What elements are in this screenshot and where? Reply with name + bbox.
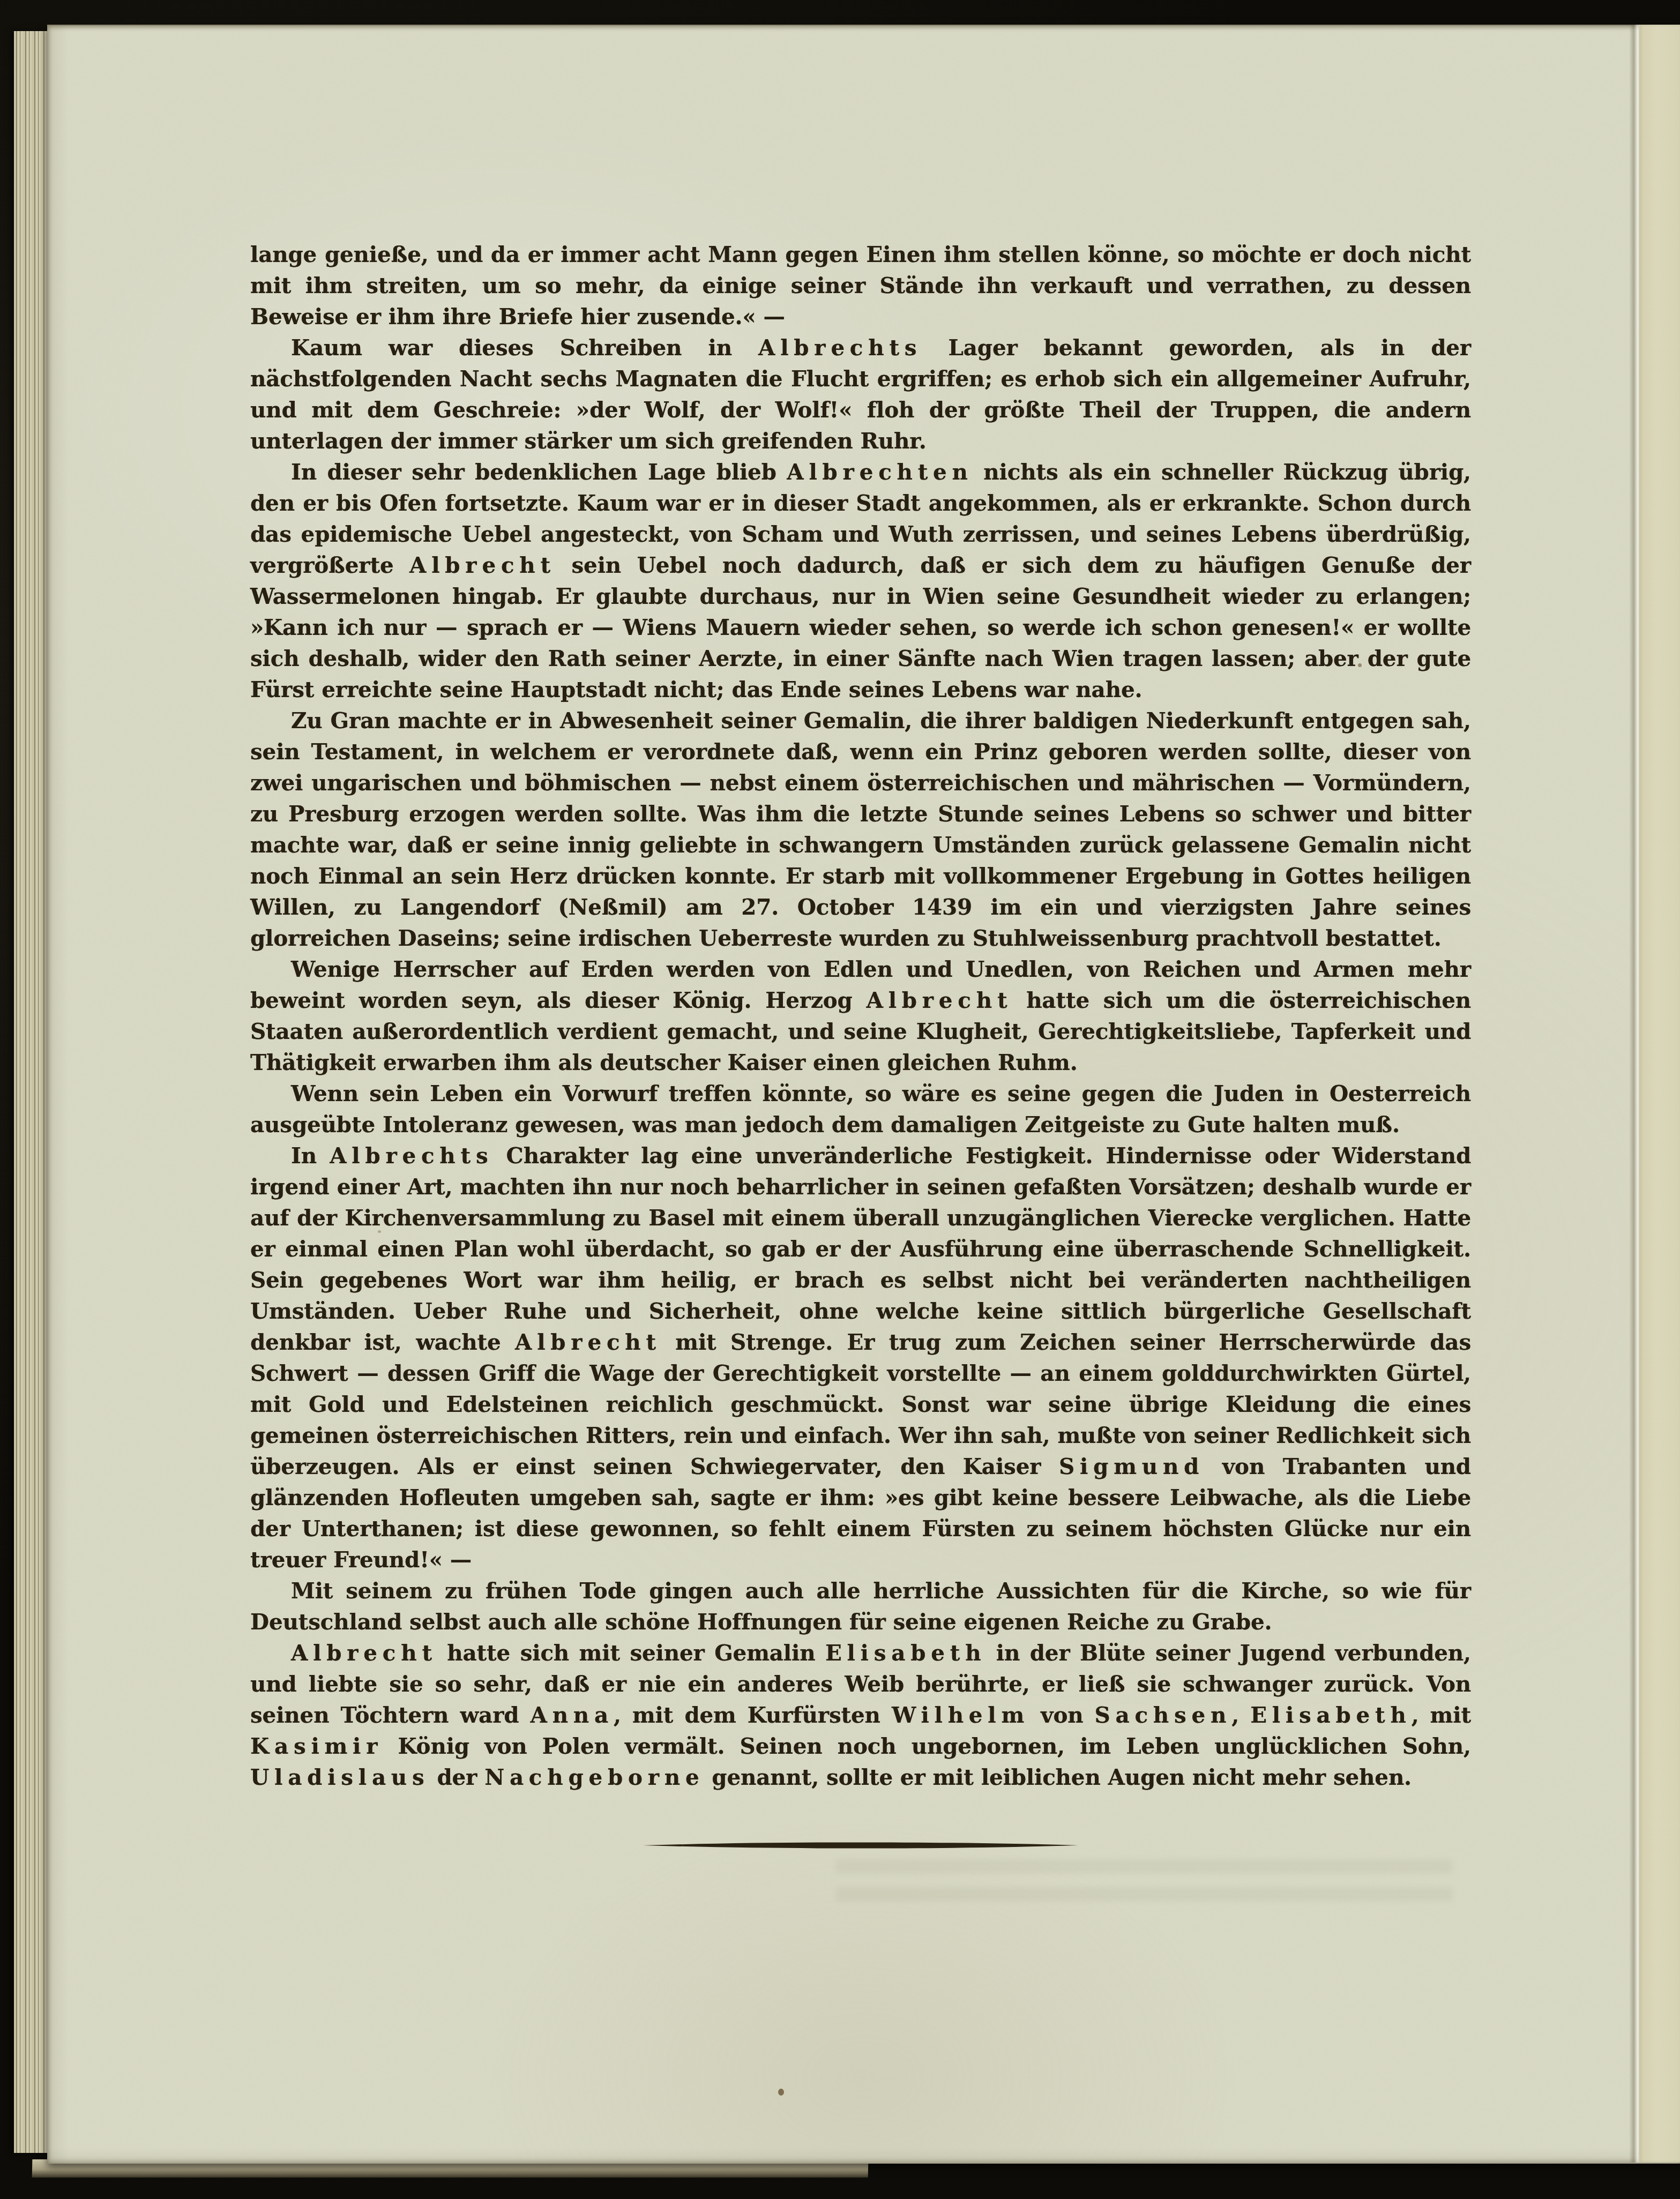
text-run: , mit dem Kurfürsten (614, 1702, 892, 1728)
person-name-spaced: Albrecht (867, 988, 1013, 1013)
person-name-spaced: Albrecht (291, 1640, 437, 1666)
paragraph: Mit seinem zu frühen Tode gingen auch al… (250, 1575, 1471, 1637)
paragraph: Zu Gran machte er in Abwesenheit seiner … (250, 705, 1471, 954)
ink-show-through (836, 1859, 1452, 1908)
text-run: König von Polen vermält. Seinen noch ung… (383, 1733, 1471, 1759)
text-run: genannt, sollte er mit leiblichen Augen … (704, 1764, 1412, 1790)
paragraph: In dieser sehr bedenklichen Lage blieb A… (250, 457, 1471, 705)
paper-stain (1358, 663, 1362, 667)
person-name-spaced: Albrecht (409, 552, 556, 578)
paragraph: In Albrechts Charakter lag eine unveränd… (250, 1140, 1471, 1575)
text-run: , (1231, 1702, 1250, 1728)
book-page-scan: lange genieße, und da er immer acht Mann… (0, 0, 1680, 2199)
paper-stain (1210, 287, 1213, 290)
paragraph: Kaum war dieses Schreiben in Albrechts L… (250, 332, 1471, 457)
paragraph: lange genieße, und da er immer acht Mann… (250, 239, 1471, 332)
text-run: In (291, 1143, 330, 1169)
text-run: hatte sich mit seiner Gemalin (437, 1640, 825, 1666)
page-text: lange genieße, und da er immer acht Mann… (250, 239, 1471, 1857)
text-run: Charakter lag eine unveränderliche Festi… (250, 1143, 1471, 1355)
text-run: von (1029, 1702, 1095, 1728)
text-run: Zu Gran machte er in Abwesenheit seiner … (250, 708, 1471, 951)
person-name-spaced: Sigmund (1059, 1454, 1204, 1479)
person-name-spaced: Elisabeth (825, 1640, 986, 1666)
section-divider-rule (250, 1826, 1471, 1857)
paragraph: Wenn sein Leben ein Vorwurf treffen könn… (250, 1078, 1471, 1140)
text-run: Mit seinem zu frühen Tode gingen auch al… (250, 1578, 1471, 1635)
person-name-spaced: Albrecht (515, 1329, 661, 1355)
text-run: lange genieße, und da er immer acht Mann… (250, 242, 1471, 330)
person-name-spaced: Anna (531, 1702, 614, 1728)
paragraph: Albrecht hatte sich mit seiner Gemalin E… (250, 1637, 1471, 1793)
page-edges-left (14, 31, 49, 2153)
paper-stain (778, 2089, 784, 2096)
paper-stain (378, 1230, 381, 1233)
person-name-spaced: Albrechts (758, 335, 922, 361)
text-run: Kaum war dieses Schreiben in (291, 335, 758, 361)
text-run: der (430, 1764, 485, 1790)
paragraph: Wenige Herrscher auf Erden werden von Ed… (250, 954, 1471, 1078)
book-gutter-shadow (1629, 25, 1641, 2163)
text-run: , mit (1412, 1702, 1471, 1728)
person-name-spaced: Uladislaus (250, 1764, 430, 1790)
person-name-spaced: Kasimir (250, 1733, 383, 1759)
next-page-edge (1639, 25, 1680, 2163)
person-name-spaced: Nachgeborne (484, 1764, 704, 1790)
person-name-spaced: Albrechts (330, 1143, 493, 1169)
text-run: In dieser sehr bedenklichen Lage blieb (291, 459, 787, 485)
person-name-spaced: Elisabeth (1250, 1702, 1411, 1728)
person-name-spaced: Wilhelm (892, 1702, 1029, 1728)
text-run: Wenn sein Leben ein Vorwurf treffen könn… (250, 1081, 1471, 1138)
person-name-spaced: Sachsen (1095, 1702, 1232, 1728)
person-name-spaced: Albrechten (787, 459, 973, 485)
